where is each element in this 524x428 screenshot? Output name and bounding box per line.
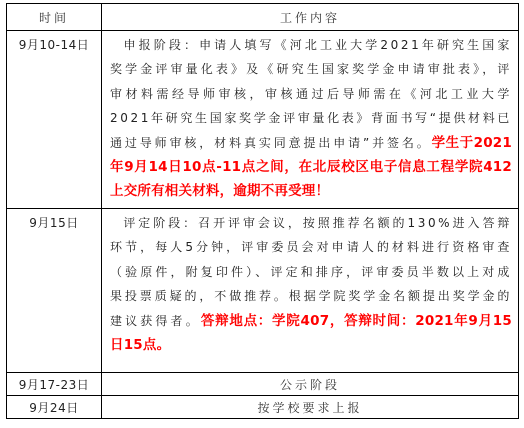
table-row: 9月15日 评定阶段：召开评审会议，按照推荐名额的130%进入答辩环节，每人5分… (7, 209, 519, 373)
table-header-row: 时间 工作内容 (7, 4, 519, 31)
row-time: 9月10-14日 (7, 31, 102, 209)
row-content: 公示阶段 (102, 373, 519, 396)
table-row: 9月24日 按学校要求上报 (7, 396, 519, 419)
row-time: 9月24日 (7, 396, 102, 419)
content-text: 评定阶段：召开评审会议，按照推荐名额的130%进入答辩环节，每人5分钟，评审委员… (110, 216, 512, 328)
scholarship-schedule-table: 时间 工作内容 9月10-14日 申报阶段：申请人填写《河北工业大学2021年研… (6, 3, 519, 419)
row-content: 评定阶段：召开评审会议，按照推荐名额的130%进入答辩环节，每人5分钟，评审委员… (102, 209, 519, 373)
row-content: 按学校要求上报 (102, 396, 519, 419)
table-row: 9月17-23日 公示阶段 (7, 373, 519, 396)
content-text: 申报阶段：申请人填写《河北工业大学2021年研究生国家奖学金评审量化表》及《研究… (110, 38, 512, 150)
row-time: 9月17-23日 (7, 373, 102, 396)
table-row: 9月10-14日 申报阶段：申请人填写《河北工业大学2021年研究生国家奖学金评… (7, 31, 519, 209)
row-content: 申报阶段：申请人填写《河北工业大学2021年研究生国家奖学金评审量化表》及《研究… (102, 31, 519, 209)
header-content: 工作内容 (102, 4, 519, 31)
header-time: 时间 (7, 4, 102, 31)
row-time: 9月15日 (7, 209, 102, 373)
